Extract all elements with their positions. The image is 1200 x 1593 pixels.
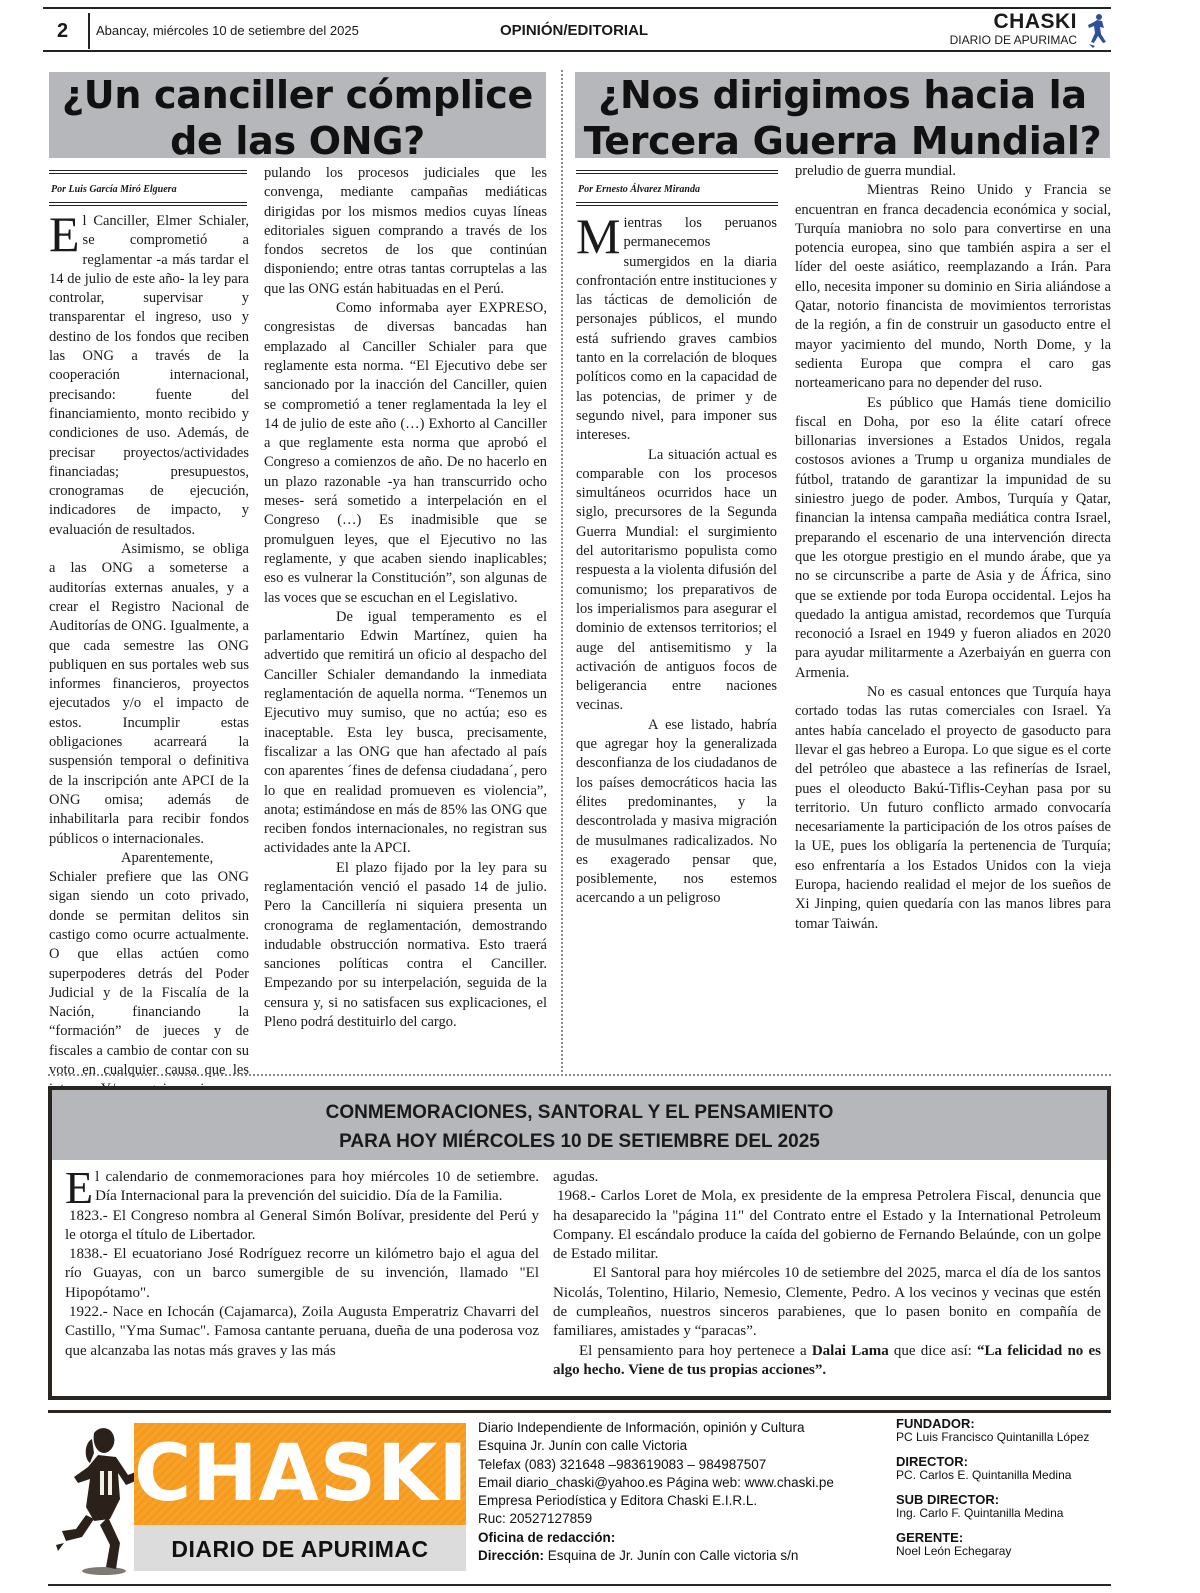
- page-masthead: 2 Abancay, miércoles 10 de setiembre del…: [43, 7, 1111, 52]
- footer-brand-logo: CHASKI: [134, 1423, 466, 1525]
- article-right-headline: ¿Nos dirigimos hacia la Tercera Guerra M…: [575, 72, 1110, 158]
- staff-entry: SUB DIRECTOR: Ing. Carlo F. Quintanilla …: [896, 1493, 1089, 1520]
- staff-list: FUNDADOR: PC Luis Francisco Quintanilla …: [896, 1417, 1089, 1569]
- chaski-runner-illustration-icon: [54, 1419, 144, 1579]
- address-line: Dirección: Esquina de Jr. Junín con Call…: [478, 1547, 834, 1565]
- article-right-column-1: Mientras los peruanos permanecemos sumer…: [576, 214, 777, 909]
- footer-brand-tagline: DIARIO DE APURIMAC: [134, 1535, 466, 1563]
- staff-name: Ing. Carlo F. Quintanilla Medina: [896, 1507, 1089, 1521]
- headline-line-2: de las ONG?: [49, 118, 546, 164]
- headline-line-2: Tercera Guerra Mundial?: [575, 118, 1110, 164]
- byline: Por Ernesto Álvarez Miranda: [578, 184, 700, 195]
- conmemoraciones-right-column: agudas. 1968.- Carlos Loret de Mola, ex …: [553, 1168, 1101, 1380]
- event-1838: 1838.- El ecuatoriano José Rodríguez rec…: [65, 1245, 539, 1303]
- staff-name: PC Luis Francisco Quintanilla López: [896, 1431, 1089, 1445]
- santoral-text: El Santoral para hoy miércoles 10 de set…: [553, 1264, 1101, 1341]
- paragraph: Aparentemente, Schialer prefiere que las…: [49, 849, 249, 1100]
- article-left-headline: ¿Un canciller cómplice de las ONG?: [49, 72, 546, 158]
- article-left-column-2: pulando los procesos judiciales que les …: [264, 164, 547, 1032]
- paragraph: Es público que Hamás tiene domicilio fis…: [795, 394, 1111, 683]
- pensamiento-author: Dalai Lama: [812, 1343, 889, 1359]
- staff-role: GERENTE:: [896, 1531, 1089, 1545]
- info-line: Telefax (083) 321648 –983619083 – 984987…: [478, 1456, 834, 1474]
- headline-line-1: ¿Nos dirigimos hacia la: [575, 72, 1110, 118]
- conmemoraciones-left-column: El calendario de conmemoraciones para ho…: [65, 1168, 539, 1361]
- section-divider: [48, 1074, 1111, 1076]
- chaski-runner-icon: [1085, 12, 1109, 50]
- info-line: Ruc: 20527127859: [478, 1510, 834, 1528]
- page-number: 2: [57, 20, 68, 43]
- pensamiento-text: El pensamiento para hoy pertenece a Dala…: [553, 1342, 1101, 1381]
- title-line-1: CONMEMORACIONES, SANTORAL Y EL PENSAMIEN…: [52, 1098, 1107, 1127]
- paragraph: La situación actual es comparable con lo…: [576, 446, 777, 716]
- byline: Por Luis García Miró Elguera: [51, 184, 177, 195]
- continuation-text: agudas.: [553, 1168, 1101, 1187]
- brand-name: CHASKI: [950, 11, 1077, 33]
- staff-name: Noel León Echegaray: [896, 1545, 1089, 1559]
- paragraph: pulando los procesos judiciales que les …: [264, 164, 547, 299]
- info-line: Esquina Jr. Junín con calle Victoria: [478, 1437, 834, 1455]
- paragraph: Como informaba ayer EXPRESO, congresista…: [264, 299, 547, 608]
- info-line: Empresa Periodística y Editora Chaski E.…: [478, 1492, 834, 1510]
- paragraph: No es casual entonces que Turquía haya c…: [795, 683, 1111, 934]
- issue-date: Abancay, miércoles 10 de setiembre del 2…: [96, 23, 359, 38]
- section-title: OPINIÓN/EDITORIAL: [500, 22, 648, 39]
- dropcap: M: [576, 217, 620, 255]
- newspaper-credits-footer: CHASKI DIARIO DE APURIMAC Diario Indepen…: [48, 1410, 1111, 1586]
- staff-role: FUNDADOR:: [896, 1417, 1089, 1431]
- info-line: Email diario_chaski@yahoo.es Página web:…: [478, 1474, 834, 1492]
- intro-text: l calendario de conmemoraciones para hoy…: [95, 1169, 539, 1204]
- staff-role: SUB DIRECTOR:: [896, 1493, 1089, 1507]
- masthead-divider: [88, 13, 90, 49]
- address-label: Dirección:: [478, 1548, 544, 1563]
- title-line-2: PARA HOY MIÉRCOLES 10 DE SETIEMBRE DEL 2…: [52, 1127, 1107, 1156]
- footer-brand-name: CHASKI: [134, 1429, 466, 1519]
- conmemoraciones-box: CONMEMORACIONES, SANTORAL Y EL PENSAMIEN…: [48, 1086, 1111, 1400]
- event-1922: 1922.- Nace en Ichocán (Cajamarca), Zoil…: [65, 1303, 539, 1361]
- dropcap: E: [65, 1170, 93, 1206]
- conmemoraciones-title: CONMEMORACIONES, SANTORAL Y EL PENSAMIEN…: [52, 1090, 1107, 1160]
- paragraph: preludio de guerra mundial.: [795, 162, 1111, 181]
- event-1968: 1968.- Carlos Loret de Mola, ex presiden…: [553, 1187, 1101, 1264]
- brand-tagline: DIARIO DE APURIMAC: [950, 33, 1077, 47]
- event-1823: 1823.- El Congreso nombra al General Sim…: [65, 1207, 539, 1246]
- article-right-byline-box: Por Ernesto Álvarez Miranda: [576, 170, 778, 206]
- paragraph: Mientras Reino Unido y Francia se encuen…: [795, 181, 1111, 393]
- headline-line-1: ¿Un canciller cómplice: [49, 72, 546, 118]
- masthead-brand: CHASKI DIARIO DE APURIMAC: [950, 11, 1077, 47]
- publisher-info: Diario Independiente de Información, opi…: [478, 1419, 834, 1565]
- staff-name: PC. Carlos E. Quintanilla Medina: [896, 1469, 1089, 1483]
- footer-brand-tagline-box: DIARIO DE APURIMAC: [134, 1525, 466, 1571]
- article-left-column-1: El Canciller, Elmer Schialer, se comprom…: [49, 212, 249, 1100]
- paragraph: El plazo fijado por la ley para su regla…: [264, 859, 547, 1033]
- pensamiento-intro: El pensamiento para hoy pertenece a: [579, 1343, 812, 1359]
- dropcap: E: [49, 215, 80, 253]
- pensamiento-mid: que dice así:: [889, 1343, 977, 1359]
- paragraph: A ese listado, habría que agregar hoy la…: [576, 716, 777, 909]
- office-label: Oficina de redacción:: [478, 1530, 615, 1545]
- staff-entry: FUNDADOR: PC Luis Francisco Quintanilla …: [896, 1417, 1089, 1444]
- article-right-column-2: preludio de guerra mundial. Mientras Rei…: [795, 162, 1111, 934]
- staff-role: DIRECTOR:: [896, 1455, 1089, 1469]
- address-value: Esquina de Jr. Junín con Calle victoria …: [544, 1548, 798, 1563]
- staff-entry: DIRECTOR: PC. Carlos E. Quintanilla Medi…: [896, 1455, 1089, 1482]
- column-divider: [561, 70, 563, 1076]
- staff-entry: GERENTE: Noel León Echegaray: [896, 1531, 1089, 1558]
- info-line: Diario Independiente de Información, opi…: [478, 1419, 834, 1437]
- article-left-byline-box: Por Luis García Miró Elguera: [49, 170, 247, 206]
- paragraph: Asimismo, se obliga a las ONG a someters…: [49, 540, 249, 849]
- paragraph: De igual temperamento es el parlamentari…: [264, 608, 547, 859]
